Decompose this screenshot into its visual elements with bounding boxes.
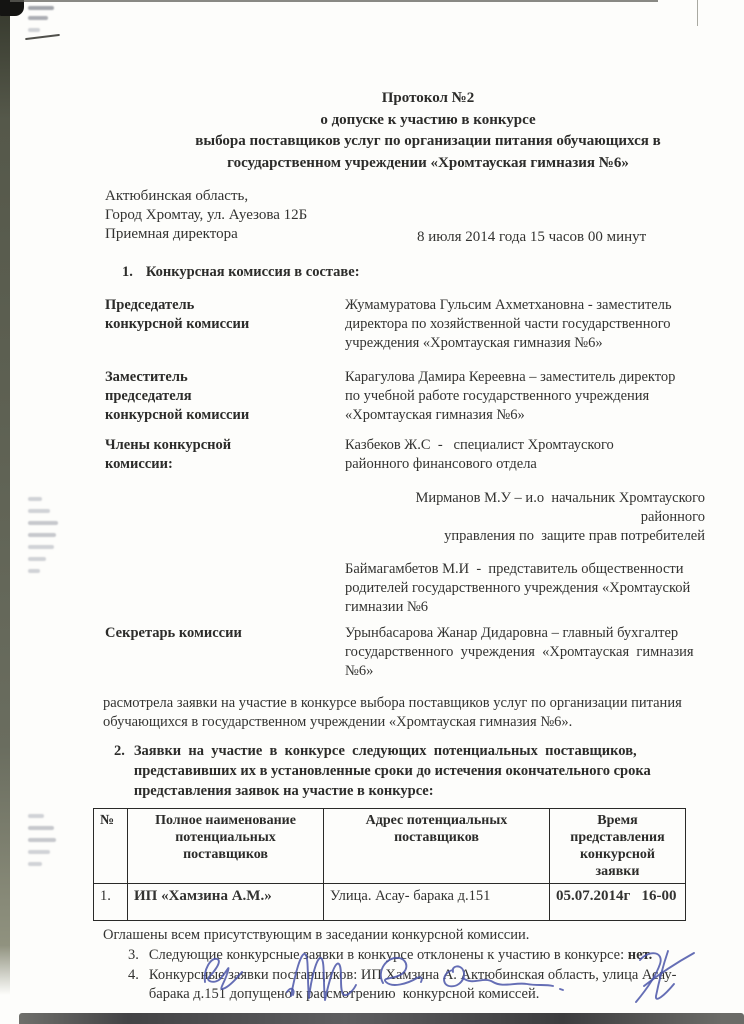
item-3-number: 3. bbox=[128, 946, 139, 965]
committee-row-members: Члены конкурсной комиссии: Казбеков Ж.С … bbox=[100, 436, 700, 474]
supplier-address-cell: Улица. Асау- барака д.151 bbox=[324, 884, 550, 921]
bleed-through-smudge bbox=[28, 569, 40, 573]
committee-member: Мирманов М.У – и.о начальник Хромтауског… bbox=[345, 489, 705, 546]
signature-4 bbox=[438, 958, 570, 998]
section-1-number: 1. bbox=[122, 263, 133, 282]
supplier-name-cell: ИП «Хамзина А.М.» bbox=[128, 884, 324, 921]
bleed-through-smudge bbox=[28, 814, 44, 818]
bleed-through-smudge bbox=[28, 28, 40, 32]
section-1-heading: 1. Конкурсная комиссия в составе: bbox=[100, 263, 700, 282]
title-line: выбора поставщиков услуг по организации … bbox=[158, 131, 698, 153]
title-line: Протокол №2 bbox=[158, 88, 698, 110]
committee-row-deputy: Заместитель председателя конкурсной коми… bbox=[100, 368, 700, 425]
bleed-through-smudge bbox=[28, 557, 46, 561]
section-2-number: 2. bbox=[100, 741, 125, 801]
document-content: Протокол №2 о допуске к участию в конкур… bbox=[100, 0, 700, 1004]
committee-row-member-2: Мирманов М.У – и.о начальник Хромтауског… bbox=[100, 489, 700, 546]
committee-member: Карагулова Дамира Кереевна – заместитель… bbox=[345, 368, 705, 425]
col-header-supplier-address: Адрес потенциальных поставщиков bbox=[324, 809, 550, 884]
section-1-title: Конкурсная комиссия в составе: bbox=[146, 263, 360, 282]
pen-mark bbox=[25, 34, 60, 40]
scan-bottom-edge-band bbox=[19, 1013, 744, 1024]
bleed-through-smudge bbox=[28, 6, 54, 10]
address-office-row: Приемная директора 8 июля 2014 года 15 ч… bbox=[105, 225, 700, 244]
address-street: Город Хромтау, ул. Ауезова 12Б bbox=[105, 206, 700, 225]
document-title: Протокол №2 о допуске к участию в конкур… bbox=[100, 88, 698, 174]
reviewed-paragraph: расмотрела заявки на участие в конкурсе … bbox=[100, 694, 700, 732]
bleed-through-smudge bbox=[28, 862, 42, 866]
col-header-bid-time: Время представления конкурсной заявки bbox=[550, 809, 686, 884]
table-header-row: № Полное наименование потенциальных пост… bbox=[94, 809, 686, 884]
signature-3 bbox=[372, 952, 426, 996]
committee-role: Председатель конкурсной комиссии bbox=[100, 296, 345, 334]
address-office: Приемная директора bbox=[105, 226, 238, 242]
bleed-through-smudge bbox=[28, 16, 48, 20]
announced-line: Оглашены всем присутствующим в заседании… bbox=[100, 926, 700, 945]
address-region: Актюбинская область, bbox=[105, 187, 700, 206]
bids-table: № Полное наименование потенциальных пост… bbox=[93, 808, 686, 921]
signature-5 bbox=[622, 944, 704, 1008]
section-2-title: Заявки на участие в конкурсе следующих п… bbox=[134, 741, 694, 801]
committee-member: Баймагамбетов М.И - представитель общест… bbox=[345, 560, 705, 617]
bleed-through-smudge bbox=[28, 826, 54, 830]
col-header-number: № bbox=[94, 809, 128, 884]
scan-corner-mark bbox=[0, 0, 24, 16]
bleed-through-smudge bbox=[28, 545, 54, 549]
committee-member: Жумамуратова Гульсим Ахметхановна - заме… bbox=[345, 296, 705, 353]
title-line: о допуске к участию в конкурсе bbox=[158, 110, 698, 132]
signature-2 bbox=[283, 944, 359, 1006]
bleed-through-smudge bbox=[28, 521, 58, 525]
section-2-heading: 2. Заявки на участие в конкурсе следующи… bbox=[100, 741, 700, 801]
col-header-supplier-name: Полное наименование потенциальных постав… bbox=[128, 809, 324, 884]
bid-time-cell: 05.07.2014г 16-00 bbox=[550, 884, 686, 921]
committee-row-chairman: Председатель конкурсной комиссии Жумамур… bbox=[100, 296, 700, 353]
bleed-through-smudge bbox=[28, 497, 42, 501]
scanned-page: Протокол №2 о допуске к участию в конкур… bbox=[0, 0, 744, 1024]
committee-row-secretary: Секретарь комиссии Урынбасарова Жанар Ди… bbox=[100, 624, 700, 681]
committee-role: Заместитель председателя конкурсной коми… bbox=[100, 368, 345, 425]
table-row: 1. ИП «Хамзина А.М.» Улица. Асау- барака… bbox=[94, 884, 686, 921]
bleed-through-smudge bbox=[28, 509, 50, 513]
meeting-datetime: 8 июля 2014 года 15 часов 00 минут bbox=[417, 228, 646, 247]
address-block: Актюбинская область, Город Хромтау, ул. … bbox=[100, 187, 700, 244]
item-4-number: 4. bbox=[128, 966, 139, 1004]
committee-member: Урынбасарова Жанар Дидаровна – главный б… bbox=[345, 624, 705, 681]
title-line: государственном учреждении «Хромтауская … bbox=[158, 153, 698, 175]
committee-member: Казбеков Ж.С - специалист Хромтауского р… bbox=[345, 436, 705, 474]
committee-role: Секретарь комиссии bbox=[100, 624, 345, 643]
scan-edge-shadow bbox=[0, 0, 10, 995]
committee-role: Члены конкурсной комиссии: bbox=[100, 436, 345, 474]
bleed-through-smudge bbox=[28, 850, 50, 854]
committee-row-member-3: Баймагамбетов М.И - представитель общест… bbox=[100, 560, 700, 617]
row-number-cell: 1. bbox=[94, 884, 128, 921]
signature-1 bbox=[196, 948, 252, 996]
bleed-through-smudge bbox=[28, 533, 56, 537]
bleed-through-smudge bbox=[28, 838, 56, 842]
